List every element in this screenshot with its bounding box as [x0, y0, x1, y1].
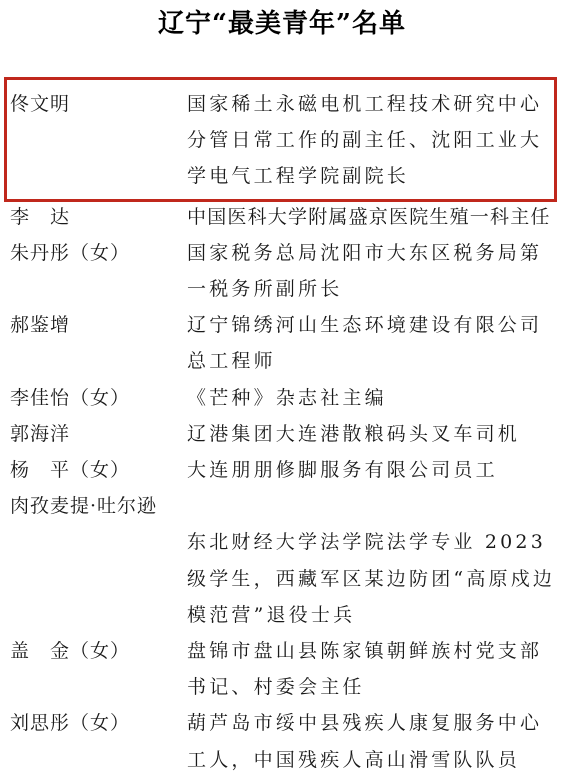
- list-item: 朱丹彤（女） 国家税务总局沈阳市大东区税务局第一税务所副所长: [10, 235, 560, 307]
- honoree-description: 大连朋朋修脚服务有限公司员工: [187, 452, 560, 488]
- honoree-name: 佟文明: [10, 86, 187, 195]
- list-item: 杨 平（女） 大连朋朋修脚服务有限公司员工: [10, 452, 560, 488]
- honoree-name: 李 达: [10, 199, 187, 235]
- list-item: 郝鉴增 辽宁锦绣河山生态环境建设有限公司总工程师: [10, 307, 560, 379]
- honoree-description: 辽宁锦绣河山生态环境建设有限公司总工程师: [187, 307, 560, 379]
- list-item: 佟文明 国家稀土永磁电机工程技术研究中心分管日常工作的副主任、沈阳工业大学电气工…: [10, 86, 560, 195]
- list-item: 肉孜麦提·吐尔逊 东北财经大学法学院法学专业 2023 级学生，西藏军区某边防团…: [10, 488, 560, 633]
- honoree-name: 刘思彤（女）: [10, 705, 187, 777]
- honoree-description: 国家稀土永磁电机工程技术研究中心分管日常工作的副主任、沈阳工业大学电气工程学院副…: [187, 86, 560, 195]
- honoree-description: 中国医科大学附属盛京医院生殖一科主任: [187, 199, 560, 235]
- honoree-name: 郭海洋: [10, 416, 187, 452]
- honoree-name: 朱丹彤（女）: [10, 235, 187, 307]
- honoree-name: 肉孜麦提·吐尔逊: [10, 488, 560, 524]
- list-item: 郭海洋 辽港集团大连港散粮码头叉车司机: [10, 416, 560, 452]
- list-item: 刘思彤（女） 葫芦岛市绥中县残疾人康复服务中心工人，中国残疾人高山滑雪队队员: [10, 705, 560, 777]
- honoree-description: 葫芦岛市绥中县残疾人康复服务中心工人，中国残疾人高山滑雪队队员: [187, 705, 560, 777]
- honoree-description: 国家税务总局沈阳市大东区税务局第一税务所副所长: [187, 235, 560, 307]
- honoree-description: 《芒种》杂志社主编: [187, 380, 560, 416]
- honoree-description: 辽港集团大连港散粮码头叉车司机: [187, 416, 560, 452]
- honoree-name: 杨 平（女）: [10, 452, 187, 488]
- list-item: 李 达 中国医科大学附属盛京医院生殖一科主任: [10, 199, 560, 235]
- list-item: 盖 金（女） 盘锦市盘山县陈家镇朝鲜族村党支部书记、村委会主任: [10, 633, 560, 705]
- honoree-name: 李佳怡（女）: [10, 380, 187, 416]
- honoree-name: 郝鉴增: [10, 307, 187, 379]
- list-item: 李佳怡（女） 《芒种》杂志社主编: [10, 380, 560, 416]
- page-title: 辽宁“最美青年”名单: [0, 6, 564, 42]
- honoree-name: 盖 金（女）: [10, 633, 187, 705]
- honoree-description: 东北财经大学法学院法学专业 2023 级学生，西藏军区某边防团“高原戍边模范营”…: [10, 524, 560, 633]
- honoree-description: 盘锦市盘山县陈家镇朝鲜族村党支部书记、村委会主任: [187, 633, 560, 705]
- honoree-list: 佟文明 国家稀土永磁电机工程技术研究中心分管日常工作的副主任、沈阳工业大学电气工…: [10, 86, 560, 777]
